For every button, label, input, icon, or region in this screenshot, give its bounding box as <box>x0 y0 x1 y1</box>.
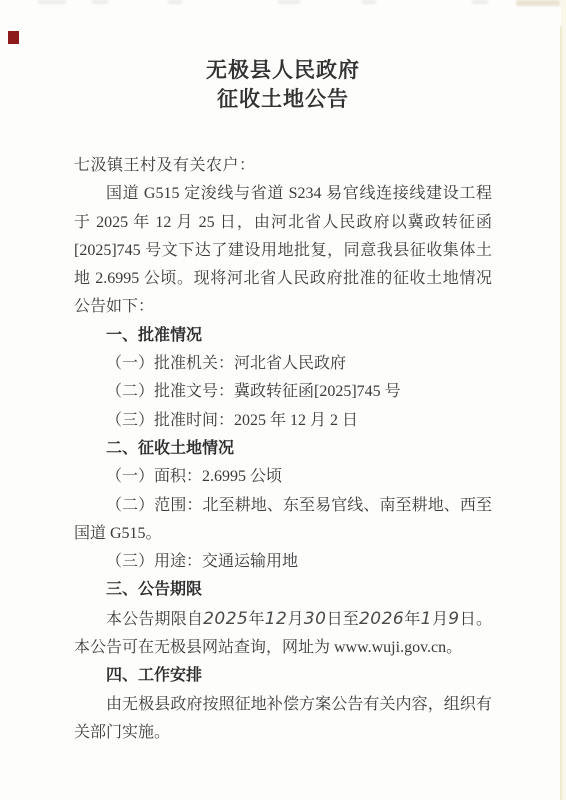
handwritten-text: 2025 <box>203 609 248 629</box>
handwritten-text: 1 <box>421 609 432 629</box>
intro-paragraph: 国道 G515 定浚线与省道 S234 易官线连接线建设工程于 2025 年 1… <box>74 180 492 321</box>
paragraph: （三）用途：交通运输用地 <box>74 548 492 576</box>
section-heading: 三、公告期限 <box>74 576 492 604</box>
section-heading: 四、工作安排 <box>74 662 492 690</box>
section-heading: 二、征收土地情况 <box>74 435 492 463</box>
red-mark <box>8 31 19 44</box>
printed-text: 月 <box>287 611 303 628</box>
scan-edge-line <box>560 26 562 800</box>
title-line-1: 无极县人民政府 <box>74 56 492 85</box>
paragraph: （二）批准文号：冀政转征函[2025]745 号 <box>74 378 492 406</box>
paragraph: （三）批准时间：2025 年 12 月 2 日 <box>74 407 492 435</box>
printed-text: 本公告期限自 <box>106 611 203 628</box>
paragraph: 由无极县政府按照征地补偿方案公告有关内容，组织有关部门实施。 <box>74 691 492 748</box>
scan-smudge <box>38 0 66 4</box>
document-body: 七汲镇王村及有关农户： 国道 G515 定浚线与省道 S234 易官线连接线建设… <box>74 152 492 747</box>
document-content: 无极县人民政府 征收土地公告 七汲镇王村及有关农户： 国道 G515 定浚线与省… <box>74 0 492 747</box>
printed-text: 月 <box>432 611 448 628</box>
handwritten-text: 30 <box>304 609 327 629</box>
paragraph: （一）面积：2.6995 公顷 <box>74 463 492 491</box>
printed-text: 日至 <box>326 611 359 628</box>
handwritten-text: 9 <box>448 609 459 629</box>
document-title: 无极县人民政府 征收土地公告 <box>74 56 492 114</box>
handwritten-text: 12 <box>265 609 288 629</box>
scanned-notice-page: 无极县人民政府 征收土地公告 七汲镇王村及有关农户： 国道 G515 定浚线与省… <box>0 0 566 800</box>
scan-smudge <box>516 0 560 6</box>
addressee-line: 七汲镇王村及有关农户： <box>74 152 492 180</box>
printed-text: 年 <box>404 611 420 628</box>
sections: 一、批准情况（一）批准机关：河北省人民政府（二）批准文号：冀政转征函[2025]… <box>74 322 492 747</box>
section-heading: 一、批准情况 <box>74 322 492 350</box>
paragraph: （二）范围：北至耕地、东至易官线、南至耕地、西至国道 G515。 <box>74 492 492 549</box>
paragraph: 本公告期限自2025年12月30日至2026年1月9日。本公告可在无极县网站查询… <box>74 605 492 663</box>
title-line-2: 征收土地公告 <box>74 85 492 114</box>
paragraph: （一）批准机关：河北省人民政府 <box>74 350 492 378</box>
printed-text: 年 <box>248 611 264 628</box>
handwritten-text: 2026 <box>359 609 404 629</box>
